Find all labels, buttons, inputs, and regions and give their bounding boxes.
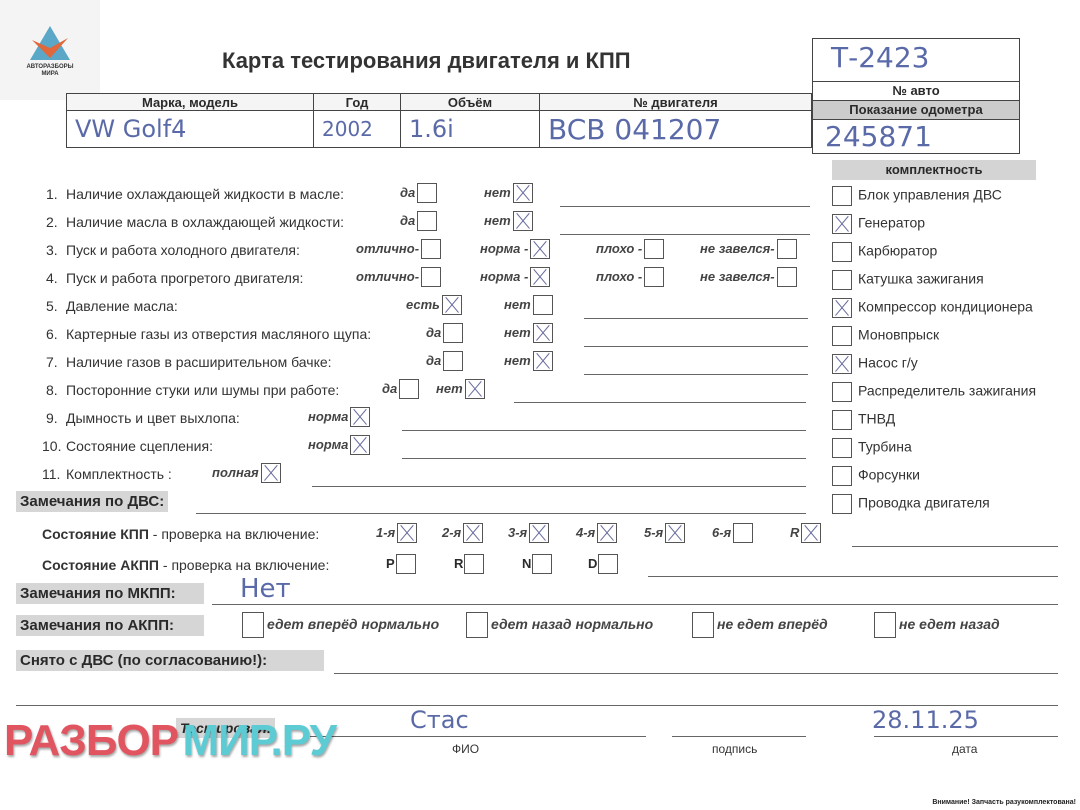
option-label: нет [436,381,463,396]
question-row: 11.Комплектность : [42,466,172,482]
vehicle-number-value: Т-2423 [813,39,1019,81]
odometer-value: 245871 [813,119,1019,154]
option: норма [308,435,370,455]
question-number: 7. [46,354,66,370]
checked-checkbox[interactable] [350,435,370,455]
option-label: норма [308,437,348,452]
option-label: плохо - [596,269,642,284]
question-notes-field[interactable] [584,318,808,319]
question-row: 9.Дымность и цвет выхлопа: [46,410,240,426]
checkbox[interactable] [466,612,488,638]
checkbox[interactable] [832,466,852,486]
checkbox[interactable] [417,183,437,203]
option-label: да [426,353,441,368]
checked-checkbox[interactable] [261,463,281,483]
option: да [426,351,463,371]
checked-checkbox[interactable] [801,523,821,543]
question-row: 8.Посторонние стуки или шумы при работе: [46,382,339,398]
checked-checkbox[interactable] [530,239,550,259]
completeness-item: Генератор [832,214,925,234]
question-notes-field[interactable] [584,346,808,347]
option-label: норма - [480,241,528,256]
checked-checkbox[interactable] [463,523,483,543]
question-row: 5.Давление масла: [46,298,178,314]
question-row: 10.Состояние сцепления: [42,438,213,454]
option: нет [484,183,533,203]
option: да [382,379,419,399]
auto-remark-option: едет вперёд нормально [242,612,439,638]
completeness-item-label: Блок управления ДВС [858,187,1002,203]
option: плохо - [596,267,664,287]
option: да [426,323,463,343]
option-label: отлично- [356,269,419,284]
option-label: да [426,325,441,340]
question-notes-field[interactable] [312,486,806,487]
gear-label: 4-я [576,525,595,540]
auto-remark-option: не едет назад [874,612,1000,638]
option-label: отлично- [356,241,419,256]
date-caption: дата [952,742,977,756]
gear-option: 4-я [576,523,617,543]
gear-option: 2-я [442,523,483,543]
auto-mode-option: N [522,554,552,574]
question-notes-field[interactable] [514,402,806,403]
watermark: РАЗБОР МИР.РУ [4,716,336,766]
name-caption: ФИО [452,742,479,756]
odometer-label: Показание одометра [813,100,1019,119]
question-text: Пуск и работа прогретого двигателя: [66,270,303,286]
option-label: плохо - [596,241,642,256]
auto-mode-label: D [588,556,597,571]
question-number: 8. [46,382,66,398]
question-text: Посторонние стуки или шумы при работе: [66,382,339,398]
col-header-model: Марка, модель [67,94,314,111]
option-label: да [382,381,397,396]
question-number: 9. [46,410,66,426]
question-text: Наличие охлаждающей жидкости в масле: [66,186,344,202]
checked-checkbox[interactable] [665,523,685,543]
option: норма - [480,267,550,287]
question-row: 3.Пуск и работа холодного двигателя: [46,242,300,258]
option-label: нет [504,297,531,312]
question-row: 7.Наличие газов в расширительном бачке: [46,354,332,370]
option-label: нет [484,185,511,200]
manual-gearbox-label: Состояние КПП - проверка на включение: [42,526,319,542]
option-label: норма - [480,269,528,284]
checkbox[interactable] [832,494,852,514]
checked-checkbox[interactable] [530,267,550,287]
footer-notice: Внимание! Запчасть разукомплектована! [932,799,1076,806]
question-notes-field[interactable] [560,234,810,235]
auto-mode-option: D [588,554,618,574]
checkbox[interactable] [464,554,484,574]
completeness-item: Моновпрыск [832,326,939,346]
option: есть [406,295,462,315]
col-header-year: Год [314,94,401,111]
question-number: 11. [42,466,66,482]
option-label: норма [308,409,348,424]
engine-number-value: BCB 041207 [540,111,812,148]
option-label: да [400,213,415,228]
page-title: Карта тестирования двигателя и КПП [222,48,631,74]
gear-label: 3-я [508,525,527,540]
question-number: 6. [46,326,66,342]
completeness-item-label: Карбюратор [858,243,937,259]
completeness-item-label: Распределитель зажигания [858,383,1036,399]
question-row: 6.Картерные газы из отверстия масляного … [46,326,371,342]
option-label: да [400,185,415,200]
question-row: 2.Наличие масла в охлаждающей жидкости: [46,214,344,230]
auto-remark-label: не едет вперёд [717,616,828,632]
checked-checkbox[interactable] [465,379,485,399]
checkbox[interactable] [832,410,852,430]
checkbox[interactable] [832,326,852,346]
option-label: нет [504,353,531,368]
question-row: 4.Пуск и работа прогретого двигателя: [46,270,303,286]
auto-remark-label: не едет назад [899,616,1000,632]
manual-remarks-field[interactable] [212,604,1058,605]
option: да [400,183,437,203]
question-notes-field[interactable] [584,374,808,375]
engine-remarks-field[interactable] [196,513,806,514]
question-number: 2. [46,214,66,230]
question-text: Комплектность : [66,466,172,482]
checked-checkbox[interactable] [533,323,553,343]
col-header-volume: Объём [401,94,540,111]
option-label: не завелся- [700,269,775,284]
checkbox[interactable] [832,382,852,402]
checkbox[interactable] [644,267,664,287]
auto-mode-label: N [522,556,531,571]
vehicle-box: Т-2423 № авто Показание одометра 245871 [812,38,1020,154]
checkbox[interactable] [417,211,437,231]
auto-mode-option: P [386,554,416,574]
checkbox[interactable] [443,351,463,371]
checked-checkbox[interactable] [529,523,549,543]
option: нет [504,295,553,315]
gear-label: 2-я [442,525,461,540]
checked-checkbox[interactable] [832,354,852,374]
checked-checkbox[interactable] [597,523,617,543]
question-text: Пуск и работа холодного двигателя: [66,242,300,258]
question-text: Картерные газы из отверстия масляного щу… [66,326,371,342]
completeness-item: Компрессор кондиционера [832,298,1033,318]
checkbox[interactable] [733,523,753,543]
tester-name-value: Стас [410,706,469,734]
option-label: нет [484,213,511,228]
option: нет [504,323,553,343]
checkbox[interactable] [396,554,416,574]
removed-field[interactable] [334,673,1058,674]
logo-text: АВТОРАЗБОРЫМИРА [20,64,80,78]
auto-remark-label: едет вперёд нормально [267,616,439,632]
completeness-item-label: Насос г/у [858,355,918,371]
model-value: VW Golf4 [67,111,314,148]
auto-remark-option: не едет вперёд [692,612,828,638]
gear-option: R [790,523,821,543]
engine-remarks-label: Замечания по ДВС: [16,491,168,512]
option: полная [212,463,281,483]
option-label: не завелся- [700,241,775,256]
checked-checkbox[interactable] [832,298,852,318]
year-value: 2002 [314,111,401,148]
completeness-item-label: Турбина [858,439,912,455]
auto-remark-option: едет назад нормально [466,612,653,638]
checkbox[interactable] [532,554,552,574]
completeness-item-label: Моновпрыск [858,327,939,343]
completeness-item: Блок управления ДВС [832,186,1002,206]
option: да [400,211,437,231]
auto-mode-option: R [454,554,484,574]
checked-checkbox[interactable] [397,523,417,543]
auto-mode-label: R [454,556,463,571]
option-label: есть [406,297,440,312]
question-row: 1.Наличие охлаждающей жидкости в масле: [46,186,344,202]
question-notes-field[interactable] [560,206,810,207]
completeness-item: Насос г/у [832,354,918,374]
auto-mode-label: P [386,556,395,571]
question-text: Давление масла: [66,298,178,314]
checkbox[interactable] [533,295,553,315]
gear-option: 6-я [712,523,753,543]
completeness-item-label: ТНВД [858,411,895,427]
tester-name-field[interactable] [310,736,646,737]
completeness-item: Турбина [832,438,912,458]
checkbox[interactable] [832,242,852,262]
checked-checkbox[interactable] [832,214,852,234]
checkbox[interactable] [421,267,441,287]
checkbox[interactable] [399,379,419,399]
auto-gearbox-label: Состояние АКПП - проверка на включение: [42,557,329,573]
checkbox[interactable] [692,612,714,638]
manual-remarks-value: Нет [240,574,291,604]
manual-remarks-label: Замечания по МКПП: [16,583,204,604]
vehicle-info-table: Марка, модель Год Объём № двигателя VW G… [66,93,812,148]
checkbox[interactable] [421,239,441,259]
volume-value: 1.6i [401,111,540,148]
logo-area: АВТОРАЗБОРЫМИРА [0,0,100,100]
question-text: Наличие газов в расширительном бачке: [66,354,332,370]
completeness-item: Катушка зажигания [832,270,984,290]
checkbox[interactable] [832,186,852,206]
date-value: 28.11.25 [872,706,979,734]
question-text: Наличие масла в охлаждающей жидкости: [66,214,344,230]
checkbox[interactable] [777,239,797,259]
option: отлично- [356,267,441,287]
triangle-check-logo-icon [28,24,72,62]
question-notes-field[interactable] [402,458,806,459]
removed-label: Снято с ДВС (по согласованию!): [16,650,324,671]
gear-label: 5-я [644,525,663,540]
checked-checkbox[interactable] [513,211,533,231]
question-text: Дымность и цвет выхлопа: [66,410,240,426]
auto-remark-label: едет назад нормально [491,616,653,632]
checkbox[interactable] [832,270,852,290]
gear-option: 1-я [376,523,417,543]
option: норма [308,407,370,427]
option: не завелся- [700,239,797,259]
option: нет [436,379,485,399]
auto-gearbox-notes-field[interactable] [648,576,1058,577]
auto-remarks-label: Замечания по АКПП: [16,615,204,636]
question-number: 10. [42,438,66,454]
checkbox[interactable] [598,554,618,574]
completeness-item-label: Генератор [858,215,925,231]
option-label: полная [212,465,259,480]
gear-option: 5-я [644,523,685,543]
completeness-item-label: Компрессор кондиционера [858,299,1033,315]
checkbox[interactable] [874,612,896,638]
checkbox[interactable] [242,612,264,638]
checked-checkbox[interactable] [442,295,462,315]
question-number: 1. [46,186,66,202]
checkbox[interactable] [443,323,463,343]
col-header-engine-number: № двигателя [540,94,812,111]
option: не завелся- [700,267,797,287]
date-field[interactable] [874,736,1058,737]
question-number: 5. [46,298,66,314]
gear-option: 3-я [508,523,549,543]
vehicle-number-label: № авто [813,81,1019,100]
option: нет [484,211,533,231]
option: нет [504,351,553,371]
signature-caption: подпись [712,742,757,756]
option: плохо - [596,239,664,259]
manual-gearbox-notes-field[interactable] [852,546,1058,547]
gear-label: R [790,525,799,540]
question-number: 3. [46,242,66,258]
checkbox[interactable] [832,438,852,458]
option-label: нет [504,325,531,340]
gear-label: 6-я [712,525,731,540]
completeness-title: комплектность [832,160,1036,180]
checked-checkbox[interactable] [513,183,533,203]
question-notes-field[interactable] [402,430,806,431]
signature-field[interactable] [672,736,806,737]
gear-label: 1-я [376,525,395,540]
option: норма - [480,239,550,259]
completeness-item: Проводка двигателя [832,494,990,514]
checked-checkbox[interactable] [350,407,370,427]
option: отлично- [356,239,441,259]
completeness-item: Распределитель зажигания [832,382,1036,402]
question-text: Состояние сцепления: [66,438,213,454]
checked-checkbox[interactable] [533,351,553,371]
question-number: 4. [46,270,66,286]
completeness-item: Карбюратор [832,242,937,262]
checkbox[interactable] [644,239,664,259]
completeness-item-label: Катушка зажигания [858,271,984,287]
completeness-item-label: Форсунки [858,467,920,483]
completeness-item: Форсунки [832,466,920,486]
checkbox[interactable] [777,267,797,287]
completeness-item-label: Проводка двигателя [858,495,990,511]
completeness-item: ТНВД [832,410,895,430]
